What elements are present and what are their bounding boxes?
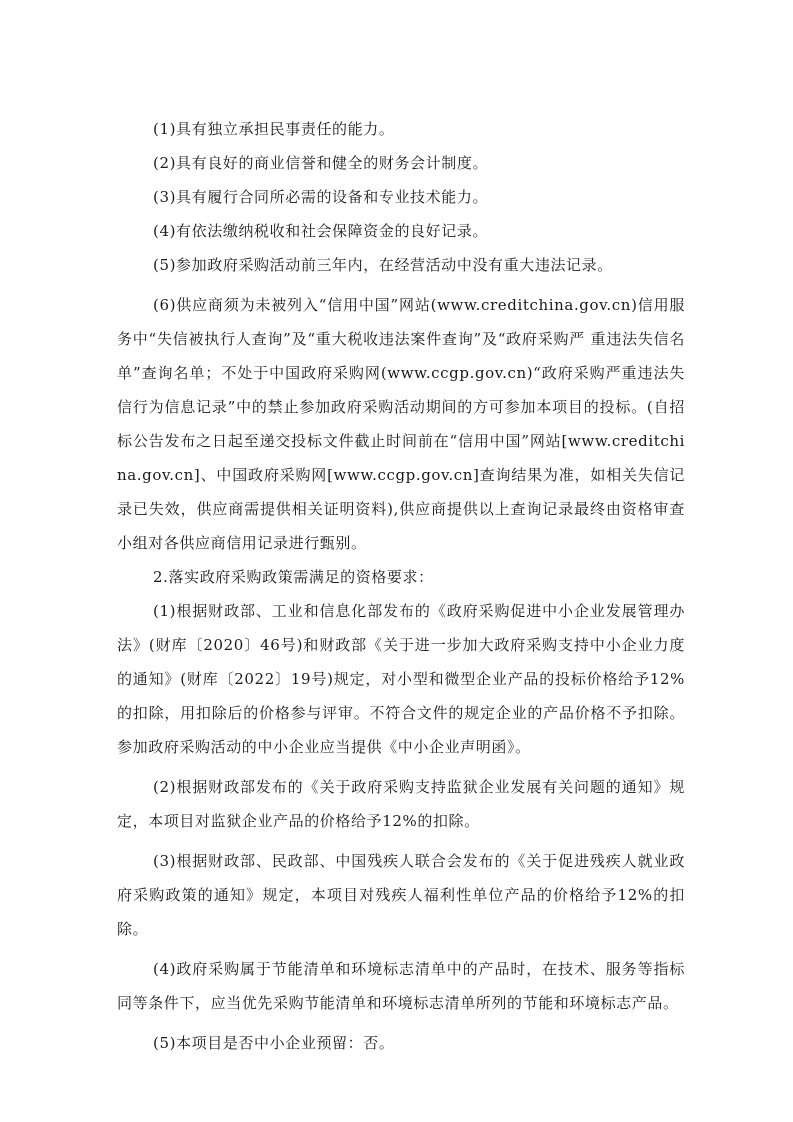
requirement-6-credit-check: (6)供应商须为未被列入“信用中国”网站(www.creditchina.gov… bbox=[117, 288, 685, 560]
document-page: (1)具有独立承担民事责任的能力。 (2)具有良好的商业信誉和健全的财务会计制度… bbox=[117, 112, 685, 1060]
requirement-2: (2)具有良好的商业信誉和健全的财务会计制度。 bbox=[117, 146, 685, 180]
policy-3-disability-welfare: (3)根据财政部、民政部、中国残疾人联合会发布的《关于促进残疾人就业政府采购政策… bbox=[117, 844, 685, 946]
policy-4-energy-environment: (4)政府采购属于节能清单和环境标志清单中的产品时，在技术、服务等指标同等条件下… bbox=[117, 952, 685, 1020]
requirement-1: (1)具有独立承担民事责任的能力。 bbox=[117, 112, 685, 146]
section-2-heading: 2.落实政府采购政策需满足的资格要求： bbox=[117, 560, 685, 594]
requirement-3: (3)具有履行合同所必需的设备和专业技术能力。 bbox=[117, 180, 685, 214]
policy-5-sme-reservation: (5)本项目是否中小企业预留：否。 bbox=[117, 1026, 685, 1060]
policy-1-sme-discount: (1)根据财政部、工业和信息化部发布的《政府采购促进中小企业发展管理办法》(财库… bbox=[117, 594, 685, 764]
policy-2-prison-enterprise: (2)根据财政部发布的《关于政府采购支持监狱企业发展有关问题的通知》规定，本项目… bbox=[117, 770, 685, 838]
requirement-4: (4)有依法缴纳税收和社会保障资金的良好记录。 bbox=[117, 214, 685, 248]
requirement-5: (5)参加政府采购活动前三年内，在经营活动中没有重大违法记录。 bbox=[117, 248, 685, 282]
